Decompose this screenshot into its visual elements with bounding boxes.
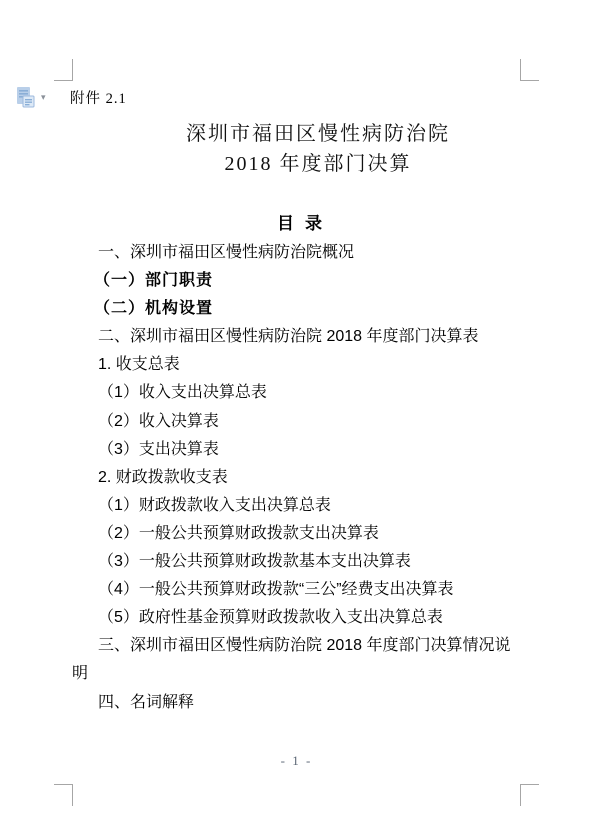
toc-entry: （4）一般公共预算财政拨款“三公”经费支出决算表 xyxy=(72,576,522,604)
toc-heading: 目录 xyxy=(277,209,333,234)
toc-entry: （3）一般公共预算财政拨款基本支出决算表 xyxy=(72,548,522,576)
chevron-down-icon[interactable]: ▾ xyxy=(41,93,46,102)
toc-entry: （二）机构设置 xyxy=(72,295,522,323)
toc-entry: （3）支出决算表 xyxy=(72,436,522,464)
toc-entry: （2）收入决算表 xyxy=(72,408,522,436)
paste-options-button[interactable]: ▾ xyxy=(16,85,56,109)
document-title-line1: 深圳市福田区慢性病防治院 xyxy=(186,117,450,146)
toc-entry: 三、深圳市福田区慢性病防治院 2018 年度部门决算情况说 xyxy=(72,632,522,660)
toc-entry: 2. 财政拨款收支表 xyxy=(72,464,522,492)
attachment-label: 附件 2.1 xyxy=(70,87,127,108)
text-boundary-mark-bottom-right xyxy=(520,784,539,806)
toc-entry-wrapped-line: 明 xyxy=(72,660,522,688)
document-page: ▾ 附件 2.1 深圳市福田区慢性病防治院 2018 年度部门决算 目录 一、深… xyxy=(0,0,593,814)
toc-entry: （2）一般公共预算财政拨款支出决算表 xyxy=(72,520,522,548)
toc-entry: （一）部门职责 xyxy=(72,267,522,295)
toc-entry: 四、名词解释 xyxy=(72,689,522,717)
toc-entry: （1）收入支出决算总表 xyxy=(72,379,522,407)
document-title-line2: 2018 年度部门决算 xyxy=(225,147,412,176)
page-number: - 1 - xyxy=(0,753,593,769)
toc-entry: （1）财政拨款收入支出决算总表 xyxy=(72,492,522,520)
paste-clipboard-icon xyxy=(16,86,36,108)
table-of-contents: 一、深圳市福田区慢性病防治院概况 （一）部门职责 （二）机构设置 二、深圳市福田… xyxy=(72,239,522,717)
text-boundary-mark-top-left xyxy=(54,59,73,81)
toc-entry: （5）政府性基金预算财政拨款收入支出决算总表 xyxy=(72,604,522,632)
toc-entry: 二、深圳市福田区慢性病防治院 2018 年度部门决算表 xyxy=(72,323,522,351)
text-boundary-mark-top-right xyxy=(520,59,539,81)
toc-entry: 一、深圳市福田区慢性病防治院概况 xyxy=(72,239,522,267)
text-boundary-mark-bottom-left xyxy=(54,784,73,806)
toc-entry: 1. 收支总表 xyxy=(72,351,522,379)
